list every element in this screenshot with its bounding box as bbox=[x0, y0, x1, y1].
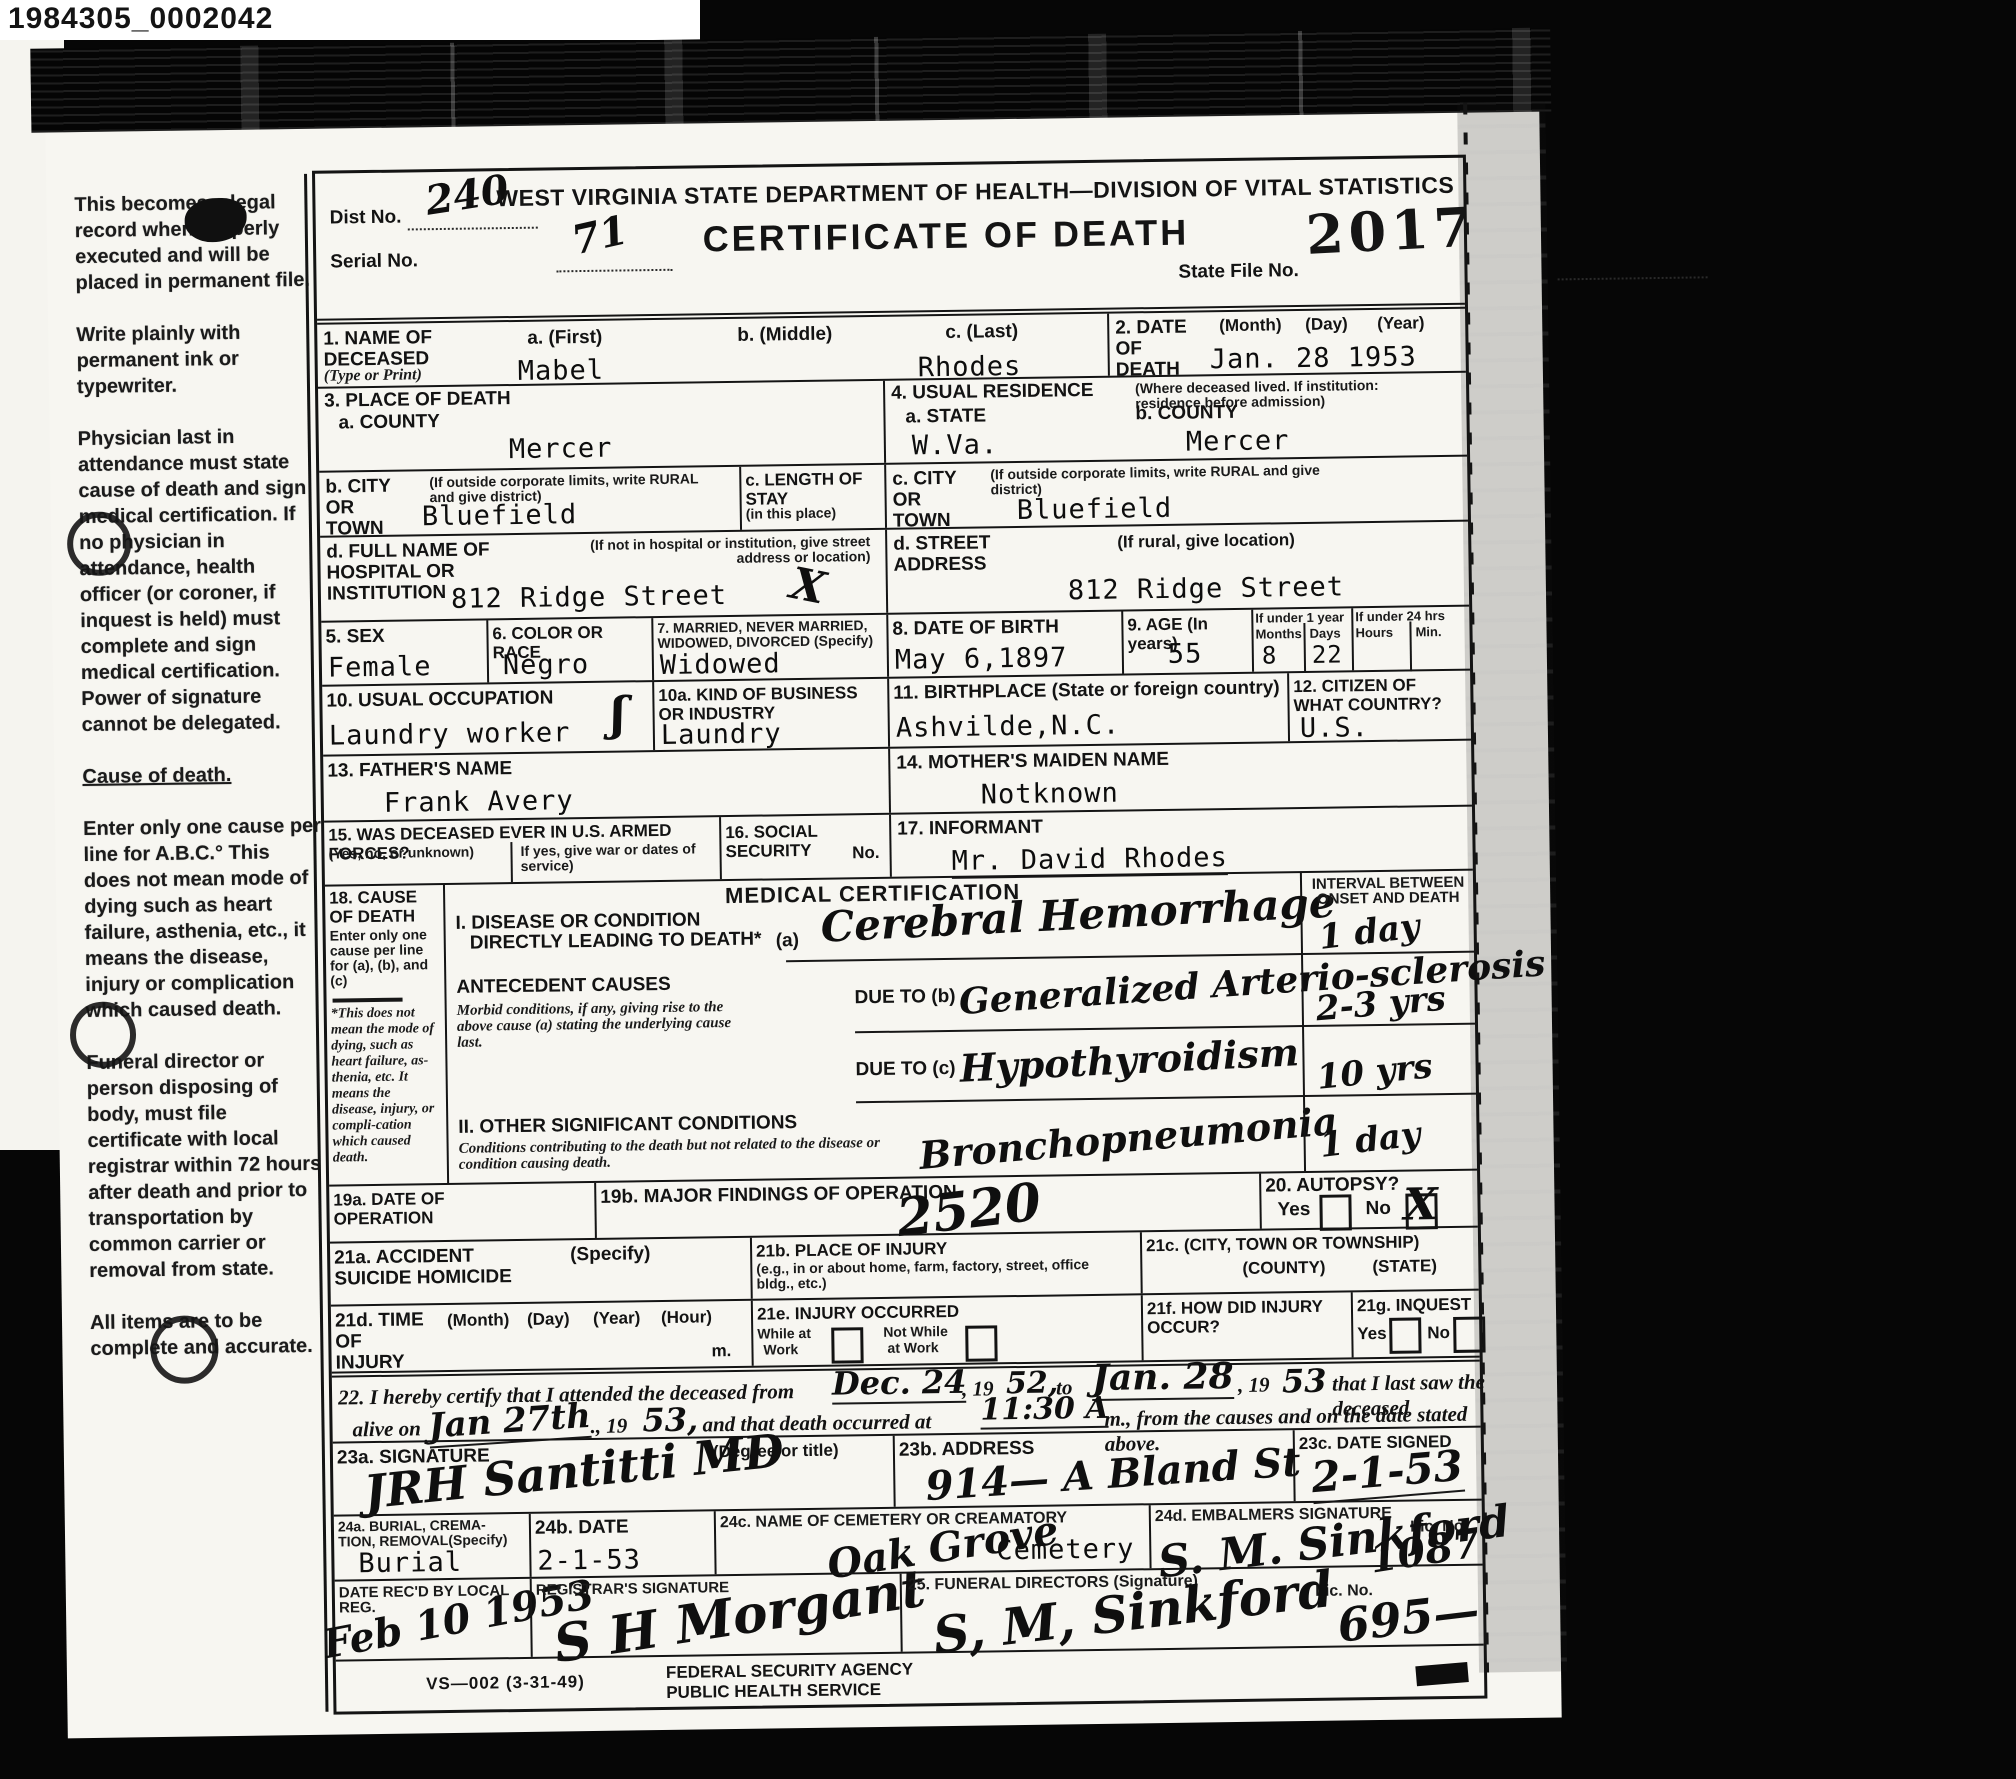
cause-note2: *This does not mean the mode of dying, s… bbox=[331, 1005, 439, 1166]
dob-label: 8. DATE OF BIRTH bbox=[892, 616, 1059, 639]
field-place-of-death: 3. PLACE OF DEATH a. COUNTY Mercer bbox=[318, 381, 884, 471]
length-of-stay-note: (in this place) bbox=[746, 506, 836, 522]
scan-noise-band bbox=[30, 27, 1551, 132]
field-burial-date: 24b. DATE 2-1-53 bbox=[529, 1511, 715, 1577]
work-label: Work bbox=[763, 1342, 798, 1357]
certify-time-value: 11:30 A bbox=[980, 1391, 1109, 1430]
field-length-of-stay: c. LENGTH OF STAY (in this place) bbox=[739, 465, 885, 530]
armed-forces-note1: (Yes, no, or unknown) bbox=[328, 844, 498, 861]
place-of-injury-note: (e.g., in or about home, farm, factory, … bbox=[756, 1257, 1126, 1292]
autopsy-no-label: No bbox=[1365, 1198, 1391, 1219]
field-inquest: 21g. INQUEST Yes No bbox=[1351, 1291, 1480, 1358]
serial-no-label: Serial No. bbox=[330, 250, 418, 272]
instruction-paragraph: Write plainly with permanent ink or type… bbox=[76, 319, 315, 400]
due-to-c-tag: DUE TO (c) bbox=[855, 1058, 955, 1080]
hole-punch-ring bbox=[150, 1315, 219, 1384]
field-armed-forces: 15. WAS DECEASED EVER IN U.S. ARMED FORC… bbox=[324, 817, 720, 885]
field-business-industry: 10a. KIND OF BUSINESS OR INDUSTRY Laundr… bbox=[652, 679, 888, 750]
street-address-value: 812 Ridge Street bbox=[1068, 571, 1344, 606]
field-interval-column: INTERVAL BETWEEN ONSET AND DEATH 1 day 2… bbox=[1300, 871, 1477, 1171]
days-label: Days bbox=[1309, 625, 1340, 640]
residence-county-label: b. COUNTY bbox=[1135, 402, 1238, 424]
state-file-number-stamp: 2017 bbox=[1304, 195, 1477, 267]
field-funeral-director: 25. FUNERAL DIRECTORS (Signature) Lic. N… bbox=[900, 1566, 1484, 1652]
field-age-under-24hr: If under 24 hrs Hours Min. bbox=[1351, 607, 1470, 671]
how-injury-label: 21f. HOW DID INJURY OCCUR? bbox=[1147, 1296, 1348, 1337]
injury-state-label: (STATE) bbox=[1372, 1256, 1437, 1276]
marital-label: 7. MARRIED, NEVER MARRIED, WIDOWED, DIVO… bbox=[657, 618, 881, 651]
injury-month-label: (Month) bbox=[447, 1310, 510, 1330]
field-cemetery-name: 24c. NAME OF CEMETERY OR CREAMATORY Oak … bbox=[714, 1505, 1150, 1574]
months-value: 8 bbox=[1262, 641, 1278, 669]
certificate-paper: This becomes a legal record when properl… bbox=[44, 32, 1561, 1739]
disease-label-2: DIRECTLY LEADING TO DEATH* bbox=[470, 929, 762, 954]
due-to-b-tag: DUE TO (b) bbox=[854, 986, 955, 1008]
field-physician-signature: 23a. SIGNATURE (Degree or title) JRH San… bbox=[333, 1436, 894, 1515]
field-marital-status: 7. MARRIED, NEVER MARRIED, WIDOWED, DIVO… bbox=[651, 615, 887, 680]
instruction-paragraph: Physician last in attendance must state … bbox=[78, 423, 320, 738]
field-residence-city: c. CITY OR TOWN (If outside corporate li… bbox=[884, 457, 1468, 528]
interval-header: INTERVAL BETWEEN ONSET AND DEATH bbox=[1308, 875, 1468, 907]
certify-p7: ., 19 bbox=[590, 1414, 627, 1440]
field-date-signed: 23c. DATE SIGNED 2-1-53 bbox=[1293, 1428, 1482, 1502]
instruction-paragraph: Enter only one cause per line for A.B.C.… bbox=[83, 813, 324, 1024]
state-file-line bbox=[1557, 254, 1707, 280]
age-subdivider bbox=[1303, 623, 1306, 673]
field-registrar-signature: REGISTRAR'S SIGNATURE S H Morgant bbox=[530, 1574, 901, 1657]
hospital-value: 812 Ridge Street bbox=[451, 580, 727, 615]
occupation-flourish: ʃ bbox=[610, 686, 626, 740]
field-embalmer-signature: 24d. EMBALMERS SIGNATURE Lic. No. S. M. … bbox=[1149, 1501, 1483, 1569]
under-24hr-label: If under 24 hrs bbox=[1355, 608, 1445, 624]
other-conditions-label: II. OTHER SIGNIFICANT CONDITIONS bbox=[458, 1112, 797, 1138]
form-header-row: Dist No. 240 Serial No. 71 WEST VIRGINIA… bbox=[315, 158, 1465, 319]
birthplace-value: Ashvilde,N.C. bbox=[896, 710, 1121, 744]
last-name-label: c. (Last) bbox=[945, 321, 1018, 343]
field-street-address: d. STREET ADDRESS (If rural, give locati… bbox=[885, 522, 1469, 613]
field-name-of-deceased: 1. NAME OF DECEASED (Type or Print) a. (… bbox=[317, 314, 1108, 387]
place-city-value: Bluefield bbox=[422, 499, 578, 532]
inquest-yes-checkbox bbox=[1389, 1317, 1421, 1353]
field-medical-certification: MEDICAL CERTIFICATION I. DISEASE OR COND… bbox=[443, 873, 1304, 1183]
mother-label: 14. MOTHER'S MAIDEN NAME bbox=[896, 749, 1169, 774]
inquest-no-label: No bbox=[1427, 1323, 1450, 1342]
field-ssn: 16. SOCIAL SECURITY No. bbox=[719, 815, 890, 879]
age-subdivider bbox=[1409, 621, 1412, 671]
form-row-4: d. FULL NAME OF HOSPITAL OR INSTITUTION … bbox=[320, 520, 1469, 621]
burial-date-label: 24b. DATE bbox=[535, 1516, 629, 1538]
form-number: VS—002 (3-31-49) bbox=[426, 1672, 585, 1694]
antecedent-label: ANTECEDENT CAUSES bbox=[456, 974, 671, 998]
interval-a: 1 day bbox=[1317, 906, 1422, 958]
date-of-operation-label: 19a. DATE OF OPERATION bbox=[333, 1189, 474, 1229]
inquest-label: 21g. INQUEST bbox=[1357, 1295, 1472, 1316]
residence-state-value: W.Va. bbox=[912, 429, 999, 461]
field-burial-type: 24a. BURIAL, CREMA-TION, REMOVAL(Specify… bbox=[334, 1514, 530, 1580]
armed-forces-note2: If yes, give war or dates of service) bbox=[520, 841, 710, 874]
color-race-value: Negro bbox=[503, 649, 590, 681]
autopsy-label: 20. AUTOPSY? bbox=[1265, 1174, 1399, 1197]
autopsy-no-mark: X bbox=[1403, 1179, 1438, 1230]
injury-hour-label: (Hour) bbox=[661, 1307, 712, 1327]
field-age-under-1yr: If under 1 year Months Days 8 22 bbox=[1251, 608, 1352, 671]
injury-m-suffix: m. bbox=[711, 1341, 731, 1360]
length-of-stay-label: c. LENGTH OF STAY bbox=[745, 469, 876, 509]
day-col-label: (Day) bbox=[1305, 314, 1348, 334]
field-sex: 5. SEX Female bbox=[321, 620, 487, 684]
field-hospital-name: d. FULL NAME OF HOSPITAL OR INSTITUTION … bbox=[320, 530, 886, 621]
residence-city-value: Bluefield bbox=[1017, 493, 1173, 526]
field-father-name: 13. FATHER'S NAME Frank Avery bbox=[323, 749, 889, 821]
months-label: Months bbox=[1255, 626, 1301, 642]
dist-no-label: Dist No. bbox=[329, 207, 401, 229]
birthplace-label: 11. BIRTHPLACE (State or foreign country… bbox=[893, 677, 1280, 703]
field-cause-of-death-note: 18. CAUSE OF DEATH Enter only one cause … bbox=[325, 885, 447, 1185]
field-place-of-injury: 21b. PLACE OF INJURY (e.g., in or about … bbox=[750, 1232, 1141, 1298]
cause-label: 18. CAUSE OF DEATH bbox=[329, 887, 438, 927]
time-of-injury-label: 21d. TIME OF INJURY bbox=[335, 1309, 426, 1373]
place-city-label: b. CITY OR TOWN bbox=[325, 475, 412, 539]
business-value: Laundry bbox=[661, 718, 782, 751]
not-while-at-work-checkbox bbox=[965, 1325, 997, 1361]
scan-id: 1984305_0002042 bbox=[0, 0, 273, 38]
interval-c: 10 yrs bbox=[1315, 1046, 1434, 1098]
cause-c-underline bbox=[856, 1095, 1305, 1103]
certify-to-year: 53 bbox=[1282, 1362, 1327, 1401]
informant-label: 17. INFORMANT bbox=[897, 817, 1043, 840]
name-sublabel: (Type or Print) bbox=[324, 367, 422, 384]
field-signature-address: 23b. ADDRESS 914— A Bland St bbox=[893, 1430, 1294, 1507]
field-date-of-operation: 19a. DATE OF OPERATION bbox=[329, 1183, 595, 1242]
field-informant: 17. INFORMANT Mr. David Rhodes bbox=[889, 807, 1473, 877]
residence-city-label: c. CITY OR TOWN bbox=[892, 468, 973, 532]
cause-note-rule bbox=[333, 998, 403, 1003]
residence-county-value: Mercer bbox=[1186, 425, 1290, 457]
street-address-note: (If rural, give location) bbox=[1117, 530, 1295, 551]
field-injury-occurred: 21e. INJURY OCCURRED While at Work Not W… bbox=[751, 1295, 1142, 1365]
field-color-race: 6. COLOR OR RACE Negro bbox=[486, 618, 652, 682]
occupation-value: Laundry worker bbox=[329, 717, 571, 751]
injury-year-label: (Year) bbox=[593, 1308, 641, 1328]
injury-occurred-label: 21e. INJURY OCCURRED bbox=[757, 1302, 959, 1324]
accident-label: 21a. ACCIDENT SUICIDE HOMICIDE bbox=[334, 1245, 515, 1290]
certify-to-date: Jan. 28 bbox=[1092, 1355, 1234, 1401]
autopsy-yes-label: Yes bbox=[1277, 1199, 1310, 1220]
days-value: 22 bbox=[1312, 640, 1343, 668]
certificate-title: CERTIFICATE OF DEATH bbox=[566, 210, 1327, 263]
antecedent-note: Morbid conditions, if any, giving rise t… bbox=[457, 999, 748, 1051]
field-mother-name: 14. MOTHER'S MAIDEN NAME Notknown bbox=[888, 741, 1472, 813]
ssn-no-label: No. bbox=[852, 843, 880, 862]
hours-label: Hours bbox=[1355, 625, 1393, 641]
min-label: Min. bbox=[1415, 624, 1441, 639]
field-birthplace: 11. BIRTHPLACE (State or foreign country… bbox=[887, 673, 1288, 747]
field-date-of-birth: 8. DATE OF BIRTH May 6,1897 bbox=[886, 612, 1122, 677]
field-date-of-death: 2. DATE OF DEATH (Month) (Day) (Year) Ja… bbox=[1107, 309, 1466, 376]
injury-city-label: 21c. (CITY, TOWN OR TOWNSHIP) bbox=[1146, 1232, 1420, 1255]
certify-p4: , 19 bbox=[1238, 1373, 1270, 1398]
mother-value: Notknown bbox=[981, 778, 1119, 811]
dob-value: May 6,1897 bbox=[895, 642, 1068, 675]
due-to-c-value: Hypothyroidism bbox=[959, 1029, 1300, 1091]
cause-a-underline bbox=[786, 953, 1303, 962]
father-value: Frank Avery bbox=[384, 785, 574, 819]
cemetery-typed-value: Cemetery bbox=[996, 1533, 1134, 1566]
under-1yr-label: If under 1 year bbox=[1255, 609, 1344, 625]
certificate-form: Dist No. 240 Serial No. 71 WEST VIRGINIA… bbox=[312, 155, 1487, 1715]
first-name-label: a. (First) bbox=[527, 327, 602, 349]
other-conditions-value: Bronchopneumonia bbox=[917, 1098, 1339, 1178]
other-conditions-note: Conditions contributing to the death but… bbox=[459, 1135, 899, 1173]
cause-of-death-heading: Cause of death. bbox=[82, 761, 320, 790]
scan-top-strip: 1984305_0002042 bbox=[0, 0, 700, 40]
citizen-label: 12. CITIZEN OF WHAT COUNTRY? bbox=[1293, 675, 1454, 715]
interval-ii: 1 day bbox=[1318, 1114, 1423, 1166]
inquest-no-checkbox bbox=[1453, 1317, 1485, 1353]
instruction-paragraph: Funeral director or person disposing of … bbox=[86, 1047, 327, 1284]
agency-line-2: PUBLIC HEALTH SERVICE bbox=[666, 1680, 881, 1703]
sex-value: Female bbox=[328, 651, 432, 683]
injury-county-label: (COUNTY) bbox=[1242, 1258, 1325, 1278]
occupation-label: 10. USUAL OCCUPATION bbox=[326, 687, 553, 711]
form-row-2: 3. PLACE OF DEATH a. COUNTY Mercer 4. US… bbox=[318, 371, 1467, 471]
date-of-death-label: 2. DATE OF DEATH bbox=[1115, 316, 1206, 380]
place-of-death-label: 3. PLACE OF DEATH bbox=[324, 388, 511, 412]
field-citizen: 12. CITIZEN OF WHAT COUNTRY? U.S. bbox=[1287, 671, 1471, 742]
field-time-of-injury: 21d. TIME OF INJURY (Month) (Day) (Year)… bbox=[331, 1301, 752, 1372]
print-smudge bbox=[1415, 1662, 1468, 1686]
field-major-findings: 19b. MAJOR FINDINGS OF OPERATION 2520 bbox=[594, 1174, 1260, 1238]
sex-label: 5. SEX bbox=[325, 626, 384, 648]
form-row-9: 18. CAUSE OF DEATH Enter only one cause … bbox=[325, 869, 1477, 1185]
father-label: 13. FATHER'S NAME bbox=[327, 758, 512, 782]
hospital-x-mark: X bbox=[786, 558, 829, 615]
age-value: 55 bbox=[1168, 638, 1203, 669]
inquest-yes-label: Yes bbox=[1357, 1324, 1387, 1343]
cause-note1: Enter only one cause per line for (a), (… bbox=[330, 927, 435, 988]
field-place-city: b. CITY OR TOWN (If outside corporate li… bbox=[319, 467, 740, 536]
field-usual-residence: 4. USUAL RESIDENCE (Where deceased lived… bbox=[883, 373, 1467, 463]
month-col-label: (Month) bbox=[1219, 315, 1282, 335]
certify-p6: alive on bbox=[352, 1416, 421, 1442]
at-work-label: at Work bbox=[887, 1340, 938, 1356]
usual-residence-label: 4. USUAL RESIDENCE bbox=[891, 380, 1094, 404]
street-address-label: d. STREET ADDRESS bbox=[893, 532, 1004, 576]
margin-instructions: This becomes a legal record when properl… bbox=[74, 189, 329, 1388]
disease-a-tag: (a) bbox=[776, 930, 800, 951]
burial-label: 24a. BURIAL, CREMA-TION, REMOVAL(Specify… bbox=[338, 1517, 518, 1550]
certify-from-date: Dec. 24 bbox=[832, 1363, 967, 1405]
accident-specify-note: (Specify) bbox=[570, 1243, 651, 1265]
place-county-value: Mercer bbox=[509, 433, 613, 465]
field-autopsy: 20. AUTOPSY? Yes No X bbox=[1259, 1171, 1478, 1229]
interval-b: 2-3 yrs bbox=[1314, 979, 1447, 1030]
name-label: 1. NAME OF DECEASED bbox=[323, 326, 494, 370]
field-injury-city: 21c. (CITY, TOWN OR TOWNSHIP) (COUNTY) (… bbox=[1140, 1228, 1479, 1294]
autopsy-yes-checkbox bbox=[1319, 1194, 1351, 1230]
state-file-label: State File No. bbox=[1178, 260, 1299, 283]
field-how-injury-occurred: 21f. HOW DID INJURY OCCUR? bbox=[1141, 1292, 1352, 1360]
while-at-label: While at bbox=[757, 1326, 811, 1342]
year-col-label: (Year) bbox=[1377, 313, 1425, 333]
field-occupation: 10. USUAL OCCUPATION Laundry worker ʃ bbox=[322, 682, 653, 755]
marital-value: Widowed bbox=[660, 648, 781, 681]
field-accident-suicide-homicide: 21a. ACCIDENT SUICIDE HOMICIDE (Specify) bbox=[330, 1238, 751, 1305]
field-date-received: DATE REC'D BY LOCAL REG. Feb 10 1953 bbox=[335, 1579, 531, 1660]
not-while-label: Not While bbox=[883, 1324, 948, 1340]
date-of-death-value: Jan. 28 1953 bbox=[1209, 341, 1416, 375]
while-at-work-checkbox bbox=[831, 1327, 863, 1363]
middle-name-label: b. (Middle) bbox=[737, 324, 832, 346]
burial-value: Burial bbox=[358, 1547, 462, 1579]
county-label: a. COUNTY bbox=[338, 411, 440, 433]
field-age: 9. AGE (In years) 55 bbox=[1121, 610, 1252, 674]
injury-day-label: (Day) bbox=[527, 1309, 570, 1329]
residence-state-label: a. STATE bbox=[905, 405, 986, 427]
